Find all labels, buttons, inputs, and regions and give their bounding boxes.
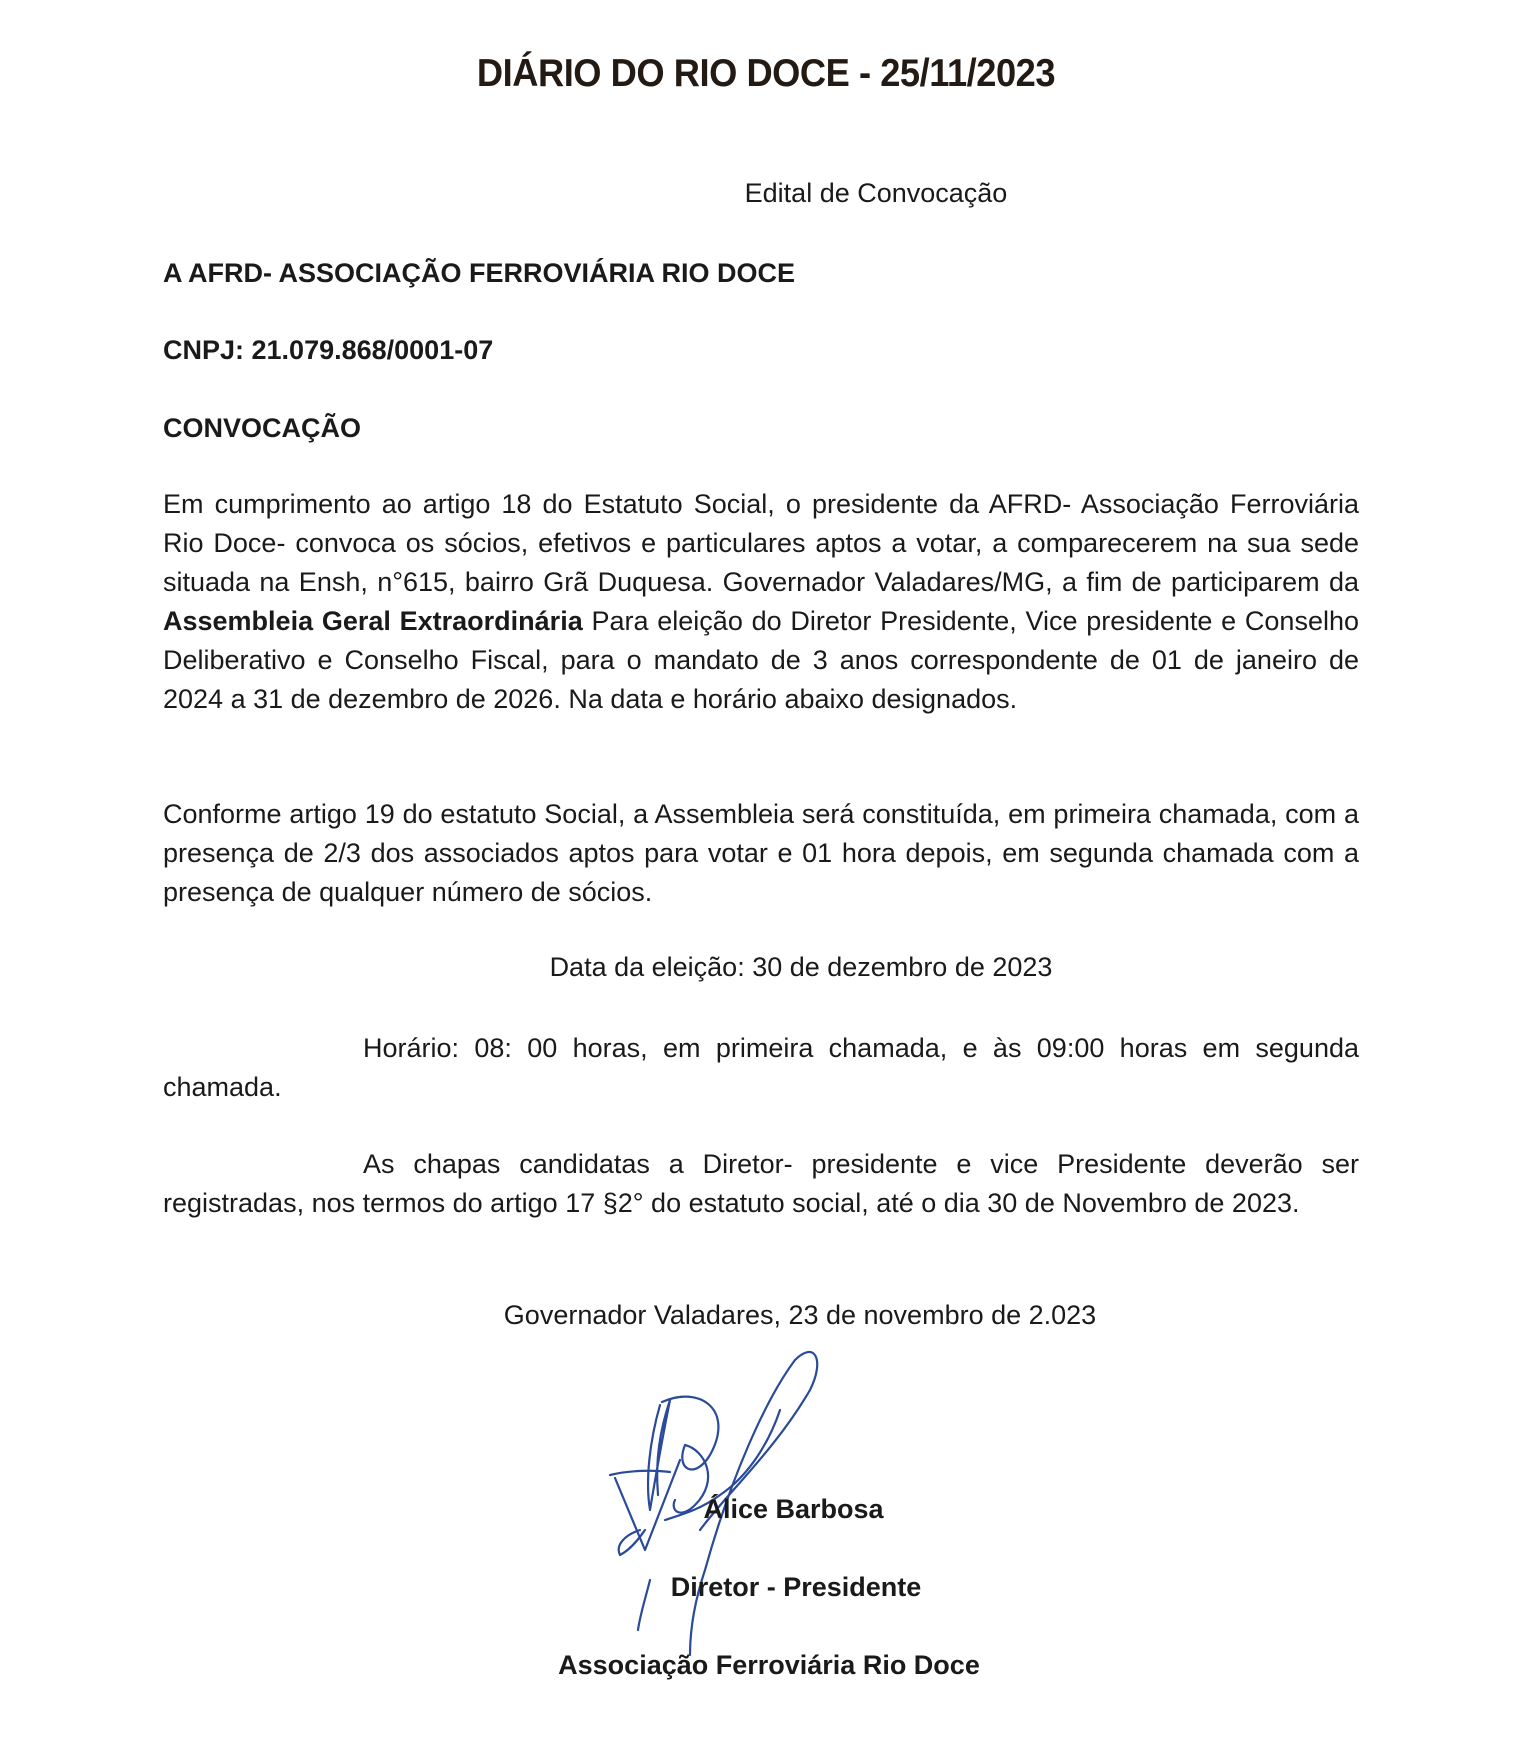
section-heading: CONVOCAÇÃO (163, 409, 1359, 448)
election-date: Data da eleição: 30 de dezembro de 2023 (0, 952, 1532, 983)
newspaper-title: DIÁRIO DO RIO DOCE - 25/11/2023 (54, 52, 1479, 96)
paragraph-candidate-registration: As chapas candidatas a Diretor- presiden… (163, 1145, 1359, 1223)
signatory-name: Álice Barbosa (0, 1494, 1532, 1525)
paragraph-quorum: Conforme artigo 19 do estatuto Social, a… (163, 795, 1359, 912)
paragraph-convocation-text-start: Em cumprimento ao artigo 18 do Estatuto … (163, 489, 1359, 597)
paragraph-convocation: Em cumprimento ao artigo 18 do Estatuto … (163, 485, 1359, 719)
signatory-role: Diretor - Presidente (0, 1572, 1532, 1603)
election-schedule: Horário: 08: 00 horas, em primeira chama… (163, 1029, 1359, 1107)
organization-cnpj: CNPJ: 21.079.868/0001-07 (163, 331, 1359, 370)
organization-name: A AFRD- ASSOCIAÇÃO FERROVIÁRIA RIO DOCE (163, 254, 1359, 293)
signatory-organization: Associação Ferroviária Rio Doce (0, 1650, 1532, 1681)
assembly-type: Assembleia Geral Extraordinária (163, 606, 583, 636)
document-page: DIÁRIO DO RIO DOCE - 25/11/2023 Edital d… (0, 0, 1532, 1746)
document-type: Edital de Convocação (0, 178, 1532, 209)
place-and-date: Governador Valadares, 23 de novembro de … (0, 1300, 1532, 1331)
